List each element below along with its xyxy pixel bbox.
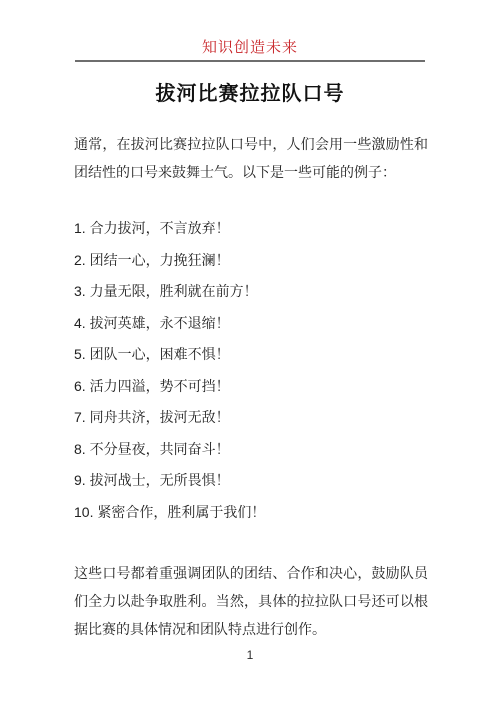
slogan-item: 9. 拔河战士，无所畏惧！ xyxy=(74,465,464,497)
slogan-item: 3. 力量无限，胜利就在前方！ xyxy=(74,276,464,308)
header-divider xyxy=(75,60,425,62)
slogan-list: 1. 合力拔河，不言放弃！ 2. 团结一心，力挽狂澜！ 3. 力量无限，胜利就在… xyxy=(74,213,464,528)
slogan-item: 10. 紧密合作，胜利属于我们！ xyxy=(74,497,464,529)
slogan-item: 7. 同舟共济，拔河无敌！ xyxy=(74,402,464,434)
header-brand-text: 知识创造未来 xyxy=(0,39,500,56)
slogan-item: 4. 拔河英雄，永不退缩！ xyxy=(74,308,464,340)
slogan-item: 5. 团队一心，困难不惧！ xyxy=(74,339,464,371)
page-number: 1 xyxy=(0,648,500,662)
slogan-item: 2. 团结一心，力挽狂澜！ xyxy=(74,245,464,277)
closing-paragraph: 这些口号都着重强调团队的团结、合作和决心，鼓励队员们全力以赴争取胜利。当然，具体… xyxy=(74,559,428,643)
slogan-item: 1. 合力拔河，不言放弃！ xyxy=(74,213,464,245)
slogan-item: 8. 不分昼夜，共同奋斗！ xyxy=(74,434,464,466)
document-title: 拔河比赛拉拉队口号 xyxy=(0,80,500,108)
intro-paragraph: 通常，在拔河比赛拉拉队口号中，人们会用一些激励性和团结性的口号来鼓舞士气。以下是… xyxy=(74,130,428,186)
slogan-item: 6. 活力四溢，势不可挡！ xyxy=(74,371,464,403)
document-page: 知识创造未来 拔河比赛拉拉队口号 通常，在拔河比赛拉拉队口号中，人们会用一些激励… xyxy=(0,0,500,707)
